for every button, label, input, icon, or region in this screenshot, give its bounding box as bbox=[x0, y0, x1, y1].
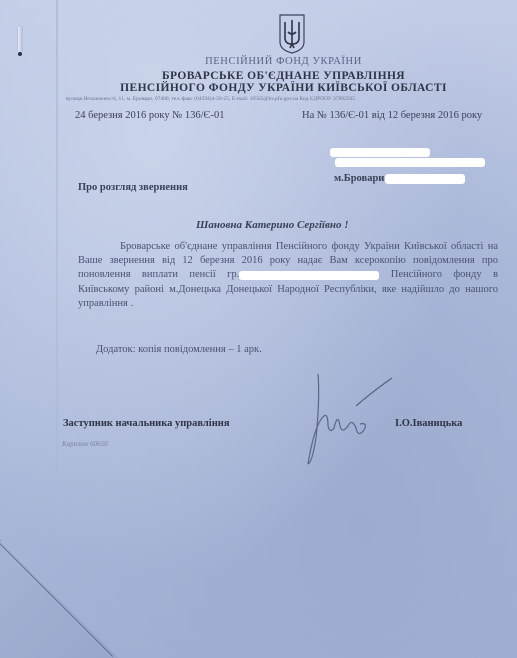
handwritten-signature-icon bbox=[302, 368, 394, 466]
redaction-mark bbox=[239, 271, 379, 280]
redaction-mark bbox=[385, 174, 465, 184]
header-department: БРОВАРСЬКЕ ОБ'ЄДНАНЕ УПРАВЛІННЯ bbox=[0, 70, 517, 82]
incoming-reference: На № 136/Є-01 від 12 березня 2016 року bbox=[302, 110, 482, 121]
header-region: ПЕНСІЙНОГО ФОНДУ УКРАЇНИ КИЇВСЬКОЇ ОБЛАС… bbox=[0, 82, 517, 94]
header-address: вулиця Незалежності, 11, м. Бровари, 074… bbox=[66, 96, 506, 102]
salutation: Шановна Катерино Сергіївно ! bbox=[196, 219, 349, 231]
outgoing-date-number: 24 березня 2016 року № 136/Є-01 bbox=[75, 110, 224, 121]
letter-subject: Про розгляд звернення bbox=[78, 182, 188, 193]
signer-position: Заступник начальника управління bbox=[63, 418, 230, 429]
letter-body: Броварське об'єднане управління Пенсійно… bbox=[78, 240, 498, 311]
signer-name: І.О.Іваницька bbox=[395, 418, 462, 429]
redaction-mark bbox=[330, 148, 430, 157]
attachment-note: Додаток: копія повідомлення – 1 арк. bbox=[96, 344, 262, 355]
redaction-mark bbox=[335, 158, 485, 167]
official-letter: ПЕНСІЙНИЙ ФОНД УКРАЇНИ БРОВАРСЬКЕ ОБ'ЄДН… bbox=[0, 0, 517, 658]
executor-note: Карплюк 60650 bbox=[62, 440, 108, 448]
city-label: м.Бровари bbox=[334, 173, 384, 184]
trident-coat-of-arms-icon bbox=[279, 14, 305, 54]
header-organization: ПЕНСІЙНИЙ ФОНД УКРАЇНИ bbox=[0, 56, 517, 67]
